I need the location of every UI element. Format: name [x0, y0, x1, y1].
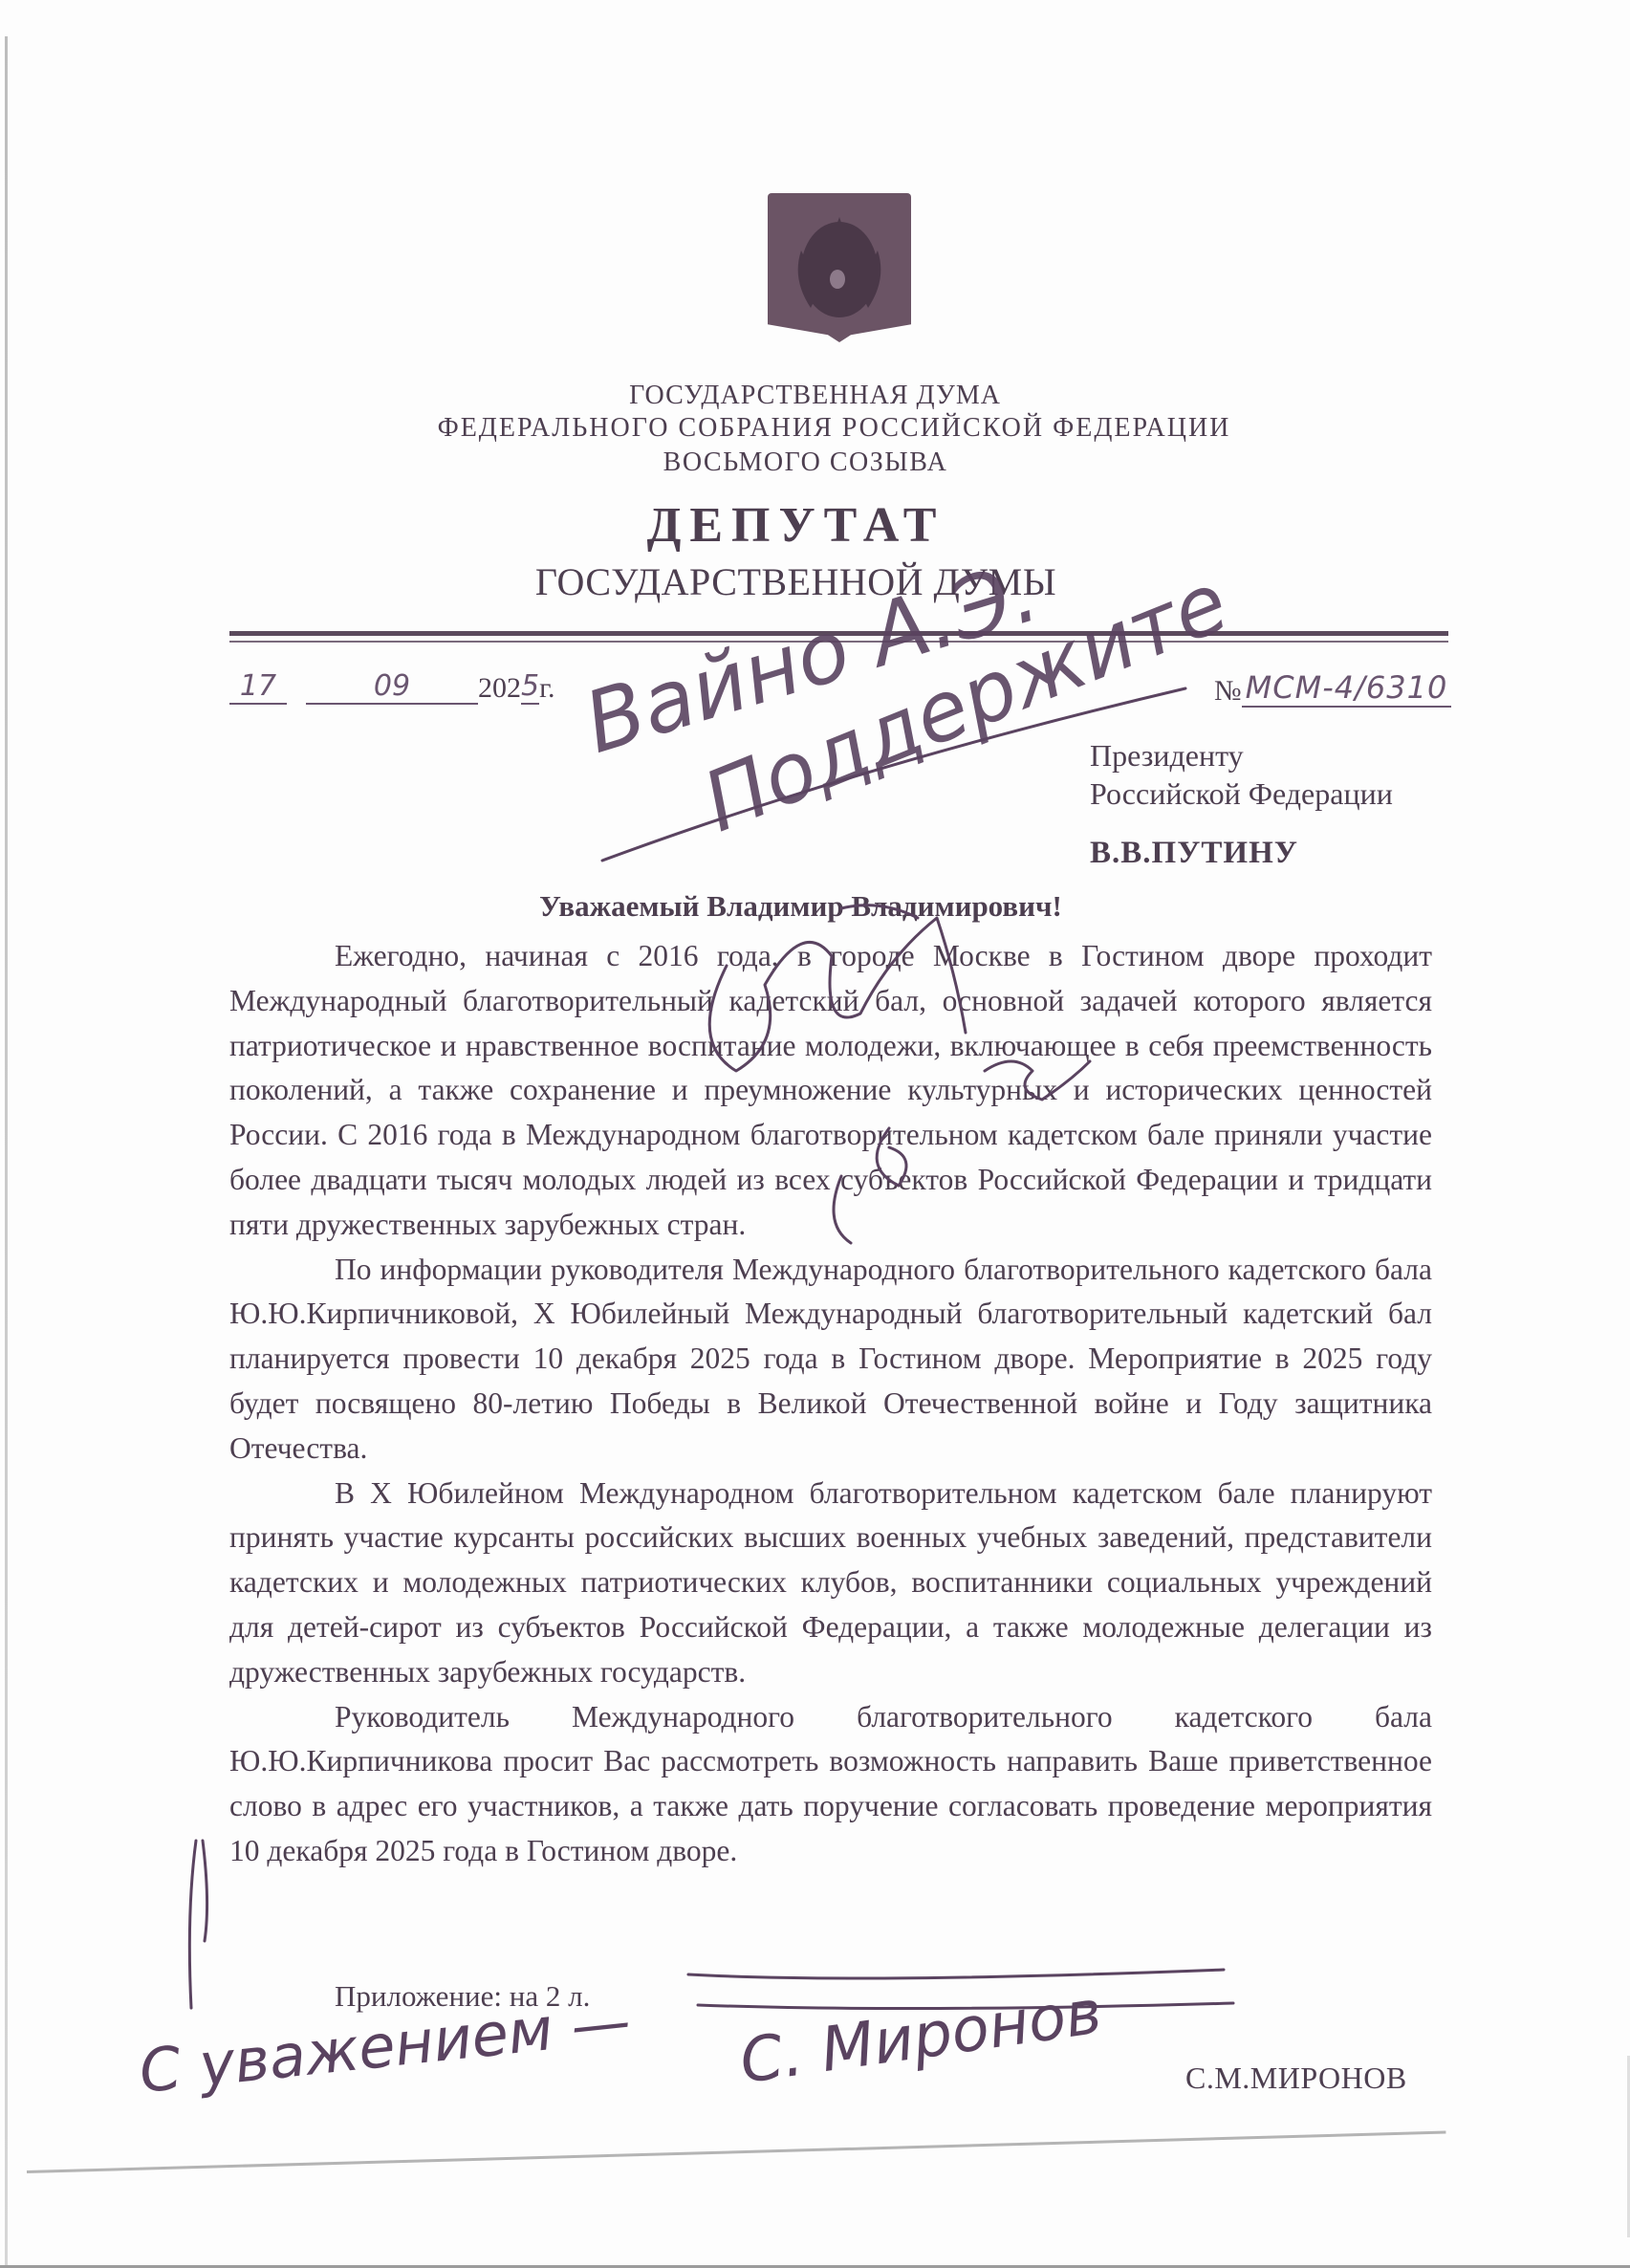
attachment-underline-1	[688, 1970, 1224, 1978]
date-suffix: г.	[539, 672, 554, 705]
letterhead-line-2: ФЕДЕРАЛЬНОГО СОБРАНИЯ РОССИЙСКОЙ ФЕДЕРАЦ…	[19, 413, 1630, 444]
addressee-line-2: Российской Федерации	[1090, 774, 1393, 813]
scan-bottom-line	[27, 2131, 1446, 2173]
salutation: Уважаемый Владимир Владимирович!	[0, 889, 1630, 924]
addressee-line-1: Президенту	[1090, 736, 1393, 774]
header-divider-thin	[229, 641, 1448, 643]
date-year-prefix: 202	[478, 672, 521, 705]
number-value: МСМ-4/6310	[1242, 669, 1452, 708]
date-day: 17	[229, 669, 287, 705]
letterhead-subtitle: ГОСУДАРСТВЕННОЙ ДУМЫ	[0, 559, 1611, 604]
letter-body: Ежегодно, начиная с 2016 года, в городе …	[229, 934, 1432, 1874]
date-month: 09	[306, 669, 478, 705]
letterhead-line-1: ГОСУДАРСТВЕННАЯ ДУМА	[0, 381, 1630, 411]
signature-handwritten: С. Миронов	[736, 1977, 1106, 2098]
number-label: №	[1214, 675, 1242, 708]
header-divider-thick	[229, 631, 1448, 636]
letterhead-title: ДЕПУТАТ	[0, 497, 1611, 554]
date-year-suffix: 5	[521, 669, 539, 705]
addressee-block: Президенту Российской Федерации В.В.ПУТИ…	[1090, 736, 1393, 871]
body-paragraph: Руководитель Международного благотворите…	[229, 1695, 1432, 1874]
margin-mark	[189, 1841, 196, 2008]
addressee-name: В.В.ПУТИНУ	[1090, 836, 1393, 871]
body-paragraph: По информации руководителя Международног…	[229, 1248, 1432, 1472]
document-number: № МСМ-4/6310	[1214, 669, 1451, 708]
document-date: 17 09 202 5 г.	[229, 669, 555, 705]
scan-edge-left	[5, 36, 8, 2268]
russian-coat-of-arms-icon	[768, 193, 911, 342]
signer-name: С.М.МИРОНОВ	[1185, 2061, 1407, 2096]
letterhead-line-3: ВОСЬМОГО СОЗЫВА	[0, 447, 1620, 478]
body-paragraph: Ежегодно, начиная с 2016 года, в городе …	[229, 934, 1432, 1248]
body-paragraph: В Х Юбилейном Международном благотворите…	[229, 1472, 1432, 1695]
